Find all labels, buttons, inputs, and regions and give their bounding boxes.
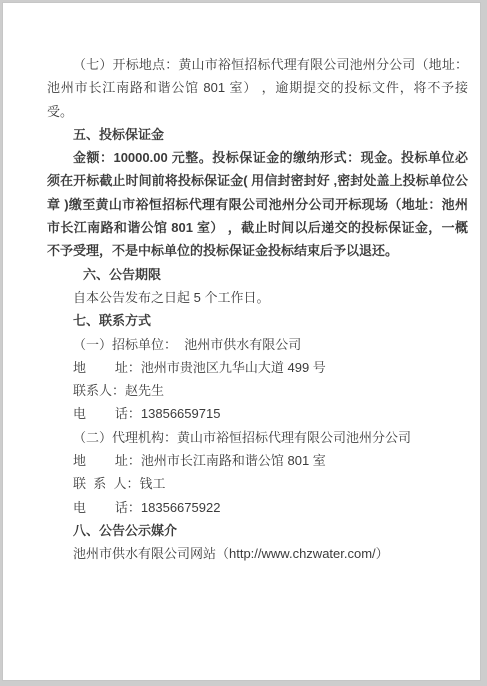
contact-line-agency-address: 地 址：池州市长江南路和谐公馆 801 室 bbox=[47, 449, 468, 472]
contact-line-tenderer-person: 联系人：赵先生 bbox=[47, 379, 468, 402]
heading-contact-info: 七、联系方式 bbox=[47, 309, 468, 332]
paragraph-bid-bond-details: 金额：10000.00 元整。投标保证金的缴纳形式：现金。投标单位必须在开标截止… bbox=[47, 146, 468, 262]
document-content: （七）开标地点：黄山市裕恒招标代理有限公司池州分公司（地址：池州市长江南路和谐公… bbox=[3, 3, 480, 566]
contact-line-agency-phone: 电 话：18356675922 bbox=[47, 496, 468, 519]
heading-announcement-media: 八、公告公示媒介 bbox=[47, 519, 468, 542]
heading-bid-bond: 五、投标保证金 bbox=[47, 123, 468, 146]
heading-notice-period: 六、公告期限 bbox=[47, 263, 468, 286]
paragraph-announcement-website: 池州市供水有限公司网站（http://www.chzwater.com/） bbox=[47, 542, 468, 565]
contact-line-agency-person: 联 系 人：钱工 bbox=[47, 472, 468, 495]
contact-line-agency: （二）代理机构：黄山市裕恒招标代理有限公司池州分公司 bbox=[47, 426, 468, 449]
document-page: （七）开标地点：黄山市裕恒招标代理有限公司池州分公司（地址：池州市长江南路和谐公… bbox=[2, 2, 481, 681]
paragraph-bid-opening-location: （七）开标地点：黄山市裕恒招标代理有限公司池州分公司（地址：池州市长江南路和谐公… bbox=[47, 53, 468, 123]
contact-line-tenderer-address: 地 址：池州市贵池区九华山大道 499 号 bbox=[47, 356, 468, 379]
paragraph-notice-period: 自本公告发布之日起 5 个工作日。 bbox=[47, 286, 468, 309]
contact-line-tenderer: （一）招标单位： 池州市供水有限公司 bbox=[47, 333, 468, 356]
contact-line-tenderer-phone: 电 话：13856659715 bbox=[47, 402, 468, 425]
